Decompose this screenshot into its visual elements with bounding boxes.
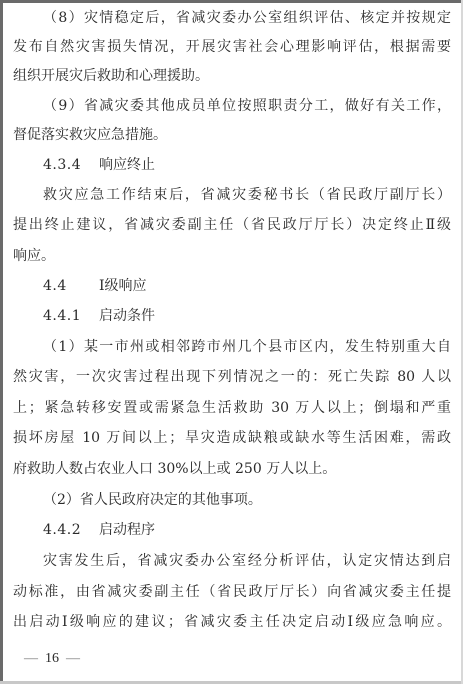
condition-1-line-3: 上；紧急转移安置或需紧急生活救助 30 万人以上；倒塌和严重 [13,398,451,418]
section-number: 4.3.4 [43,155,99,175]
section-number: 4.4 [43,276,99,296]
page-number-dash-left: — [24,651,38,666]
termination-paragraph-line-2: 提出终止建议，省减灾委副主任（省民政厅厅长）决定终止Ⅱ级 [13,215,451,235]
page-number-value: 16 [45,651,59,666]
document-page: （8）灾情稳定后，省减灾委办公室组织评估、核定并按规定 发布自然灾害损失情况，开… [0,0,463,684]
section-title: Ⅰ级响应 [99,278,147,294]
termination-paragraph-line-1: 救灾应急工作结束后，省减灾委秘书长（省民政厅副厅长） [43,185,451,205]
section-number: 4.4.1 [43,306,99,326]
section-number: 4.4.2 [43,520,99,540]
section-heading-4-3-4: 4.3.4响应终止 [43,155,155,175]
condition-1-line-2: 然灾害，一次灾害过程出现下列情况之一的：死亡失踪 80 人以 [13,367,451,387]
paragraph-8-line-3: 组织开展灾后救助和心理援助。 [13,66,451,86]
section-title: 启动程序 [99,522,155,538]
condition-1-line-1: （1）某一市州或相邻跨市州几个县市区内，发生特别重大自 [43,337,451,357]
section-heading-4-4-2: 4.4.2启动程序 [43,520,155,540]
paragraph-9-line-1: （9）省减灾委其他成员单位按照职责分工，做好有关工作， [43,96,451,116]
procedure-paragraph-line-1: 灾害发生后，省减灾委办公室经分析评估，认定灾情达到启 [43,551,451,571]
page-border-left [0,0,3,684]
page-number: — 16 — [24,649,80,669]
paragraph-8-line-2: 发布自然灾害损失情况，开展灾害社会心理影响评估，根据需要 [13,37,451,57]
condition-1-line-5: 府救助人数占农业人口 30%以上或 250 万人以上。 [13,459,451,479]
section-title: 启动条件 [99,308,155,324]
section-heading-4-4: 4.4Ⅰ级响应 [43,276,147,296]
page-border-top [0,0,463,3]
condition-2-line-1: （2）省人民政府决定的其他事项。 [43,490,451,510]
procedure-paragraph-line-2: 动标准，由省减灾委副主任（省民政厅厅长）向省减灾委主任提 [13,582,451,602]
section-title: 响应终止 [99,157,155,173]
procedure-paragraph-line-3: 出启动Ⅰ级响应的建议；省减灾委主任决定启动Ⅰ级应急响应。 [13,612,451,632]
paragraph-8-line-1: （8）灾情稳定后，省减灾委办公室组织评估、核定并按规定 [43,8,451,28]
page-number-dash-right: — [66,651,80,666]
section-heading-4-4-1: 4.4.1启动条件 [43,306,155,326]
termination-paragraph-line-3: 响应。 [13,246,451,266]
paragraph-9-line-2: 督促落实救灾应急措施。 [13,125,451,145]
condition-1-line-4: 损坏房屋 10 万间以上；旱灾造成缺粮或缺水等生活困难，需政 [13,428,451,448]
